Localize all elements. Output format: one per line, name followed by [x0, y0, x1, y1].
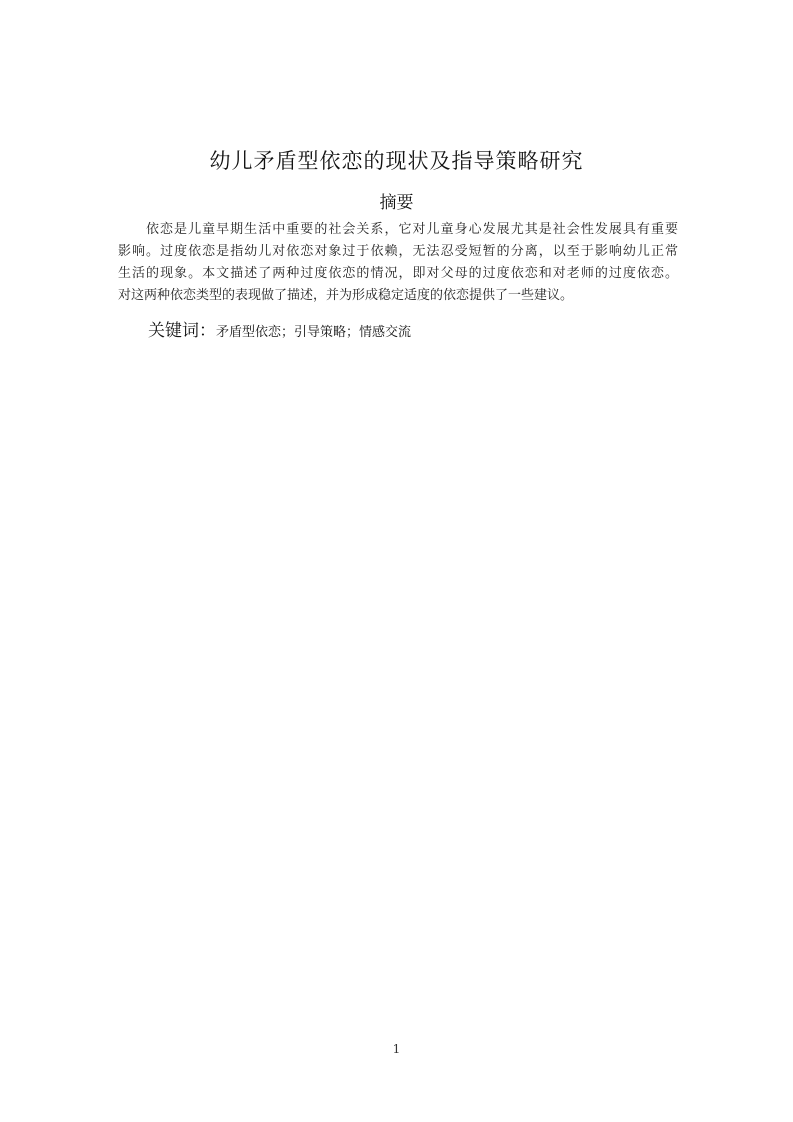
keywords-values: 矛盾型依恋；引导策略；情感交流 — [216, 325, 411, 340]
keywords-label: 关键词： — [148, 321, 216, 341]
abstract-line: 对这两种依恋类型的表现做了描述，并为形成稳定适度的依恋提供了一些建议。 — [118, 285, 678, 307]
paper-title: 幼儿矛盾型依恋的现状及指导策略研究 — [0, 145, 793, 175]
abstract-heading: 摘要 — [0, 188, 793, 213]
document-page: 幼儿矛盾型依恋的现状及指导策略研究 摘要 依恋是儿童早期生活中重要的社会关系，它… — [0, 0, 793, 1122]
keywords: 关键词：矛盾型依恋；引导策略；情感交流 — [148, 316, 411, 341]
abstract-body: 依恋是儿童早期生活中重要的社会关系，它对儿童身心发展尤其是社会性发展具有重要 影… — [118, 219, 678, 307]
page-number: 1 — [0, 1042, 793, 1056]
abstract-line: 生活的现象。本文描述了两种过度依恋的情况，即对父母的过度依恋和对老师的过度依恋。 — [118, 263, 678, 285]
abstract-line: 影响。过度依恋是指幼儿对依恋对象过于依赖，无法忍受短暂的分离，以至于影响幼儿正常 — [118, 241, 678, 263]
abstract-line: 依恋是儿童早期生活中重要的社会关系，它对儿童身心发展尤其是社会性发展具有重要 — [118, 219, 678, 241]
